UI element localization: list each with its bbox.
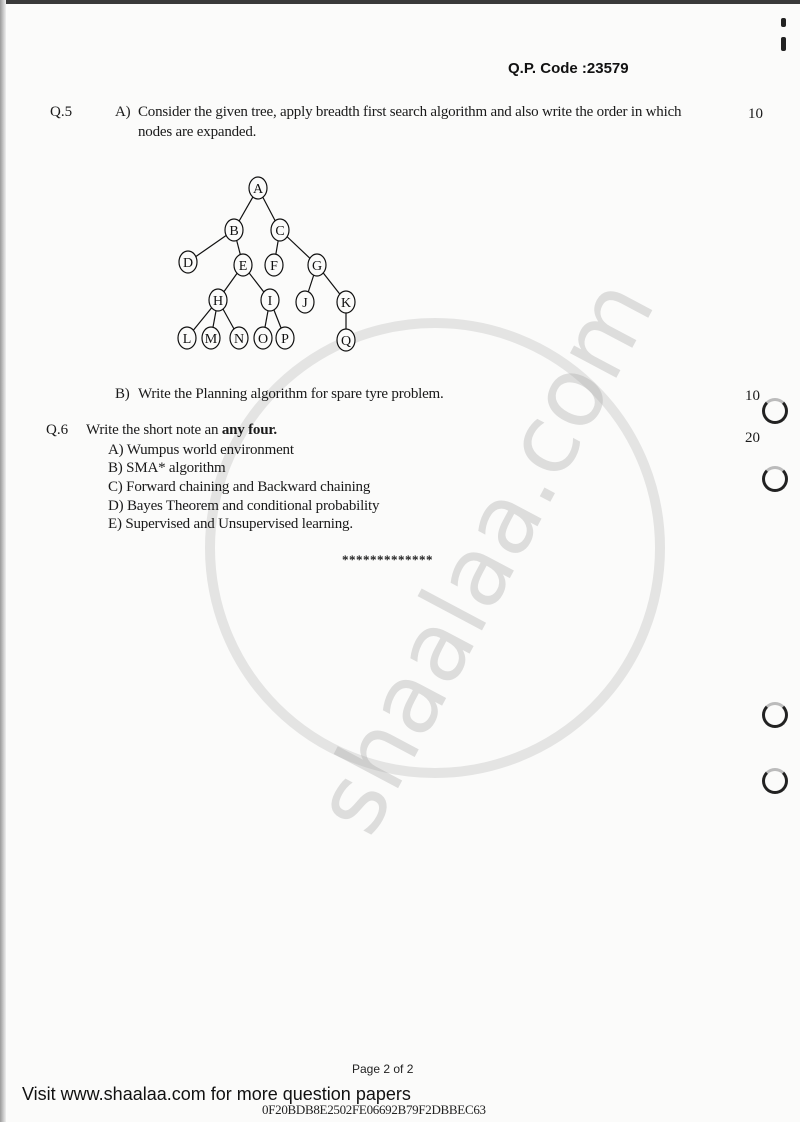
q5a-marks: 10: [748, 106, 763, 123]
q6-intro-bold: any four.: [222, 422, 277, 438]
svg-text:P: P: [281, 332, 289, 347]
q5a-text-line2: nodes are expanded.: [138, 124, 256, 141]
tree-node-h: H: [209, 289, 227, 311]
svg-text:N: N: [234, 332, 244, 347]
tree-node-f: F: [265, 254, 283, 276]
svg-text:G: G: [312, 259, 322, 274]
svg-text:M: M: [205, 332, 218, 347]
svg-text:B: B: [229, 224, 238, 239]
tree-node-l: L: [178, 327, 196, 349]
qp-code: Q.P. Code :23579: [508, 60, 629, 77]
q6-intro-text: Write the short note an: [86, 422, 222, 438]
q6-item-label: B): [108, 460, 123, 476]
svg-text:A: A: [253, 182, 264, 197]
tree-node-n: N: [230, 327, 248, 349]
tree-node-a: A: [249, 177, 267, 199]
tree-node-j: J: [296, 291, 314, 313]
tree-node-m: M: [202, 327, 220, 349]
q6-item-a: A) Wumpus world environment: [108, 442, 294, 459]
scan-left-edge: [0, 0, 6, 1122]
scan-marks: [781, 18, 786, 51]
q5b-label: B): [115, 386, 130, 403]
q6-item-label: A): [108, 442, 123, 458]
q6-item-c: C) Forward chaining and Backward chainin…: [108, 479, 370, 496]
svg-text:C: C: [275, 224, 284, 239]
q6-item-text: Wumpus world environment: [127, 442, 294, 458]
svg-text:I: I: [268, 294, 273, 309]
q6-item-text: Forward chaining and Backward chaining: [126, 479, 370, 495]
q6-item-e: E) Supervised and Unsupervised learning.: [108, 516, 353, 533]
svg-text:K: K: [341, 296, 351, 311]
tree-node-c: C: [271, 219, 289, 241]
svg-text:O: O: [258, 332, 268, 347]
punch-hole-icon: [762, 768, 788, 794]
tree-diagram: ABCDEFGHIJKLMNOPQ: [150, 170, 380, 370]
q6-item-d: D) Bayes Theorem and conditional probabi…: [108, 498, 379, 515]
svg-text:J: J: [302, 296, 308, 311]
q5b-marks: 10: [745, 388, 760, 405]
svg-text:E: E: [239, 259, 248, 274]
svg-text:Q: Q: [341, 334, 351, 349]
q6-item-text: Supervised and Unsupervised learning.: [125, 516, 353, 532]
q6-item-label: D): [108, 498, 123, 514]
tree-node-k: K: [337, 291, 355, 313]
svg-text:F: F: [270, 259, 278, 274]
svg-text:D: D: [183, 256, 193, 271]
svg-text:H: H: [213, 294, 223, 309]
hash-code: 0F20BDB8E2502FE06692B79F2DBBEC63: [262, 1102, 486, 1118]
end-separator: *************: [342, 552, 433, 568]
tree-node-g: G: [308, 254, 326, 276]
q6-item-b: B) SMA* algorithm: [108, 460, 225, 477]
tree-graph: ABCDEFGHIJKLMNOPQ: [150, 170, 380, 370]
tree-node-o: O: [254, 327, 272, 349]
tree-node-q: Q: [337, 329, 355, 351]
q5b-text: Write the Planning algorithm for spare t…: [138, 386, 444, 403]
q6-intro: Write the short note an any four.: [86, 422, 277, 439]
q6-item-text: Bayes Theorem and conditional probabilit…: [127, 498, 379, 514]
tree-node-p: P: [276, 327, 294, 349]
tree-node-i: I: [261, 289, 279, 311]
punch-hole-icon: [762, 398, 788, 424]
q5a-label: A): [115, 104, 130, 121]
q5a-text-line1: Consider the given tree, apply breadth f…: [138, 104, 681, 121]
q6-item-text: SMA* algorithm: [126, 460, 225, 476]
q6-marks: 20: [745, 430, 760, 447]
page-number: Page 2 of 2: [352, 1062, 413, 1076]
punch-hole-icon: [762, 466, 788, 492]
question-number-q5: Q.5: [50, 104, 72, 121]
q6-item-label: C): [108, 479, 123, 495]
punch-hole-icon: [762, 702, 788, 728]
scan-top-edge: [0, 0, 800, 4]
question-number-q6: Q.6: [46, 422, 68, 439]
tree-node-b: B: [225, 219, 243, 241]
svg-text:L: L: [183, 332, 192, 347]
tree-node-d: D: [179, 251, 197, 273]
tree-node-e: E: [234, 254, 252, 276]
q6-item-label: E): [108, 516, 122, 532]
